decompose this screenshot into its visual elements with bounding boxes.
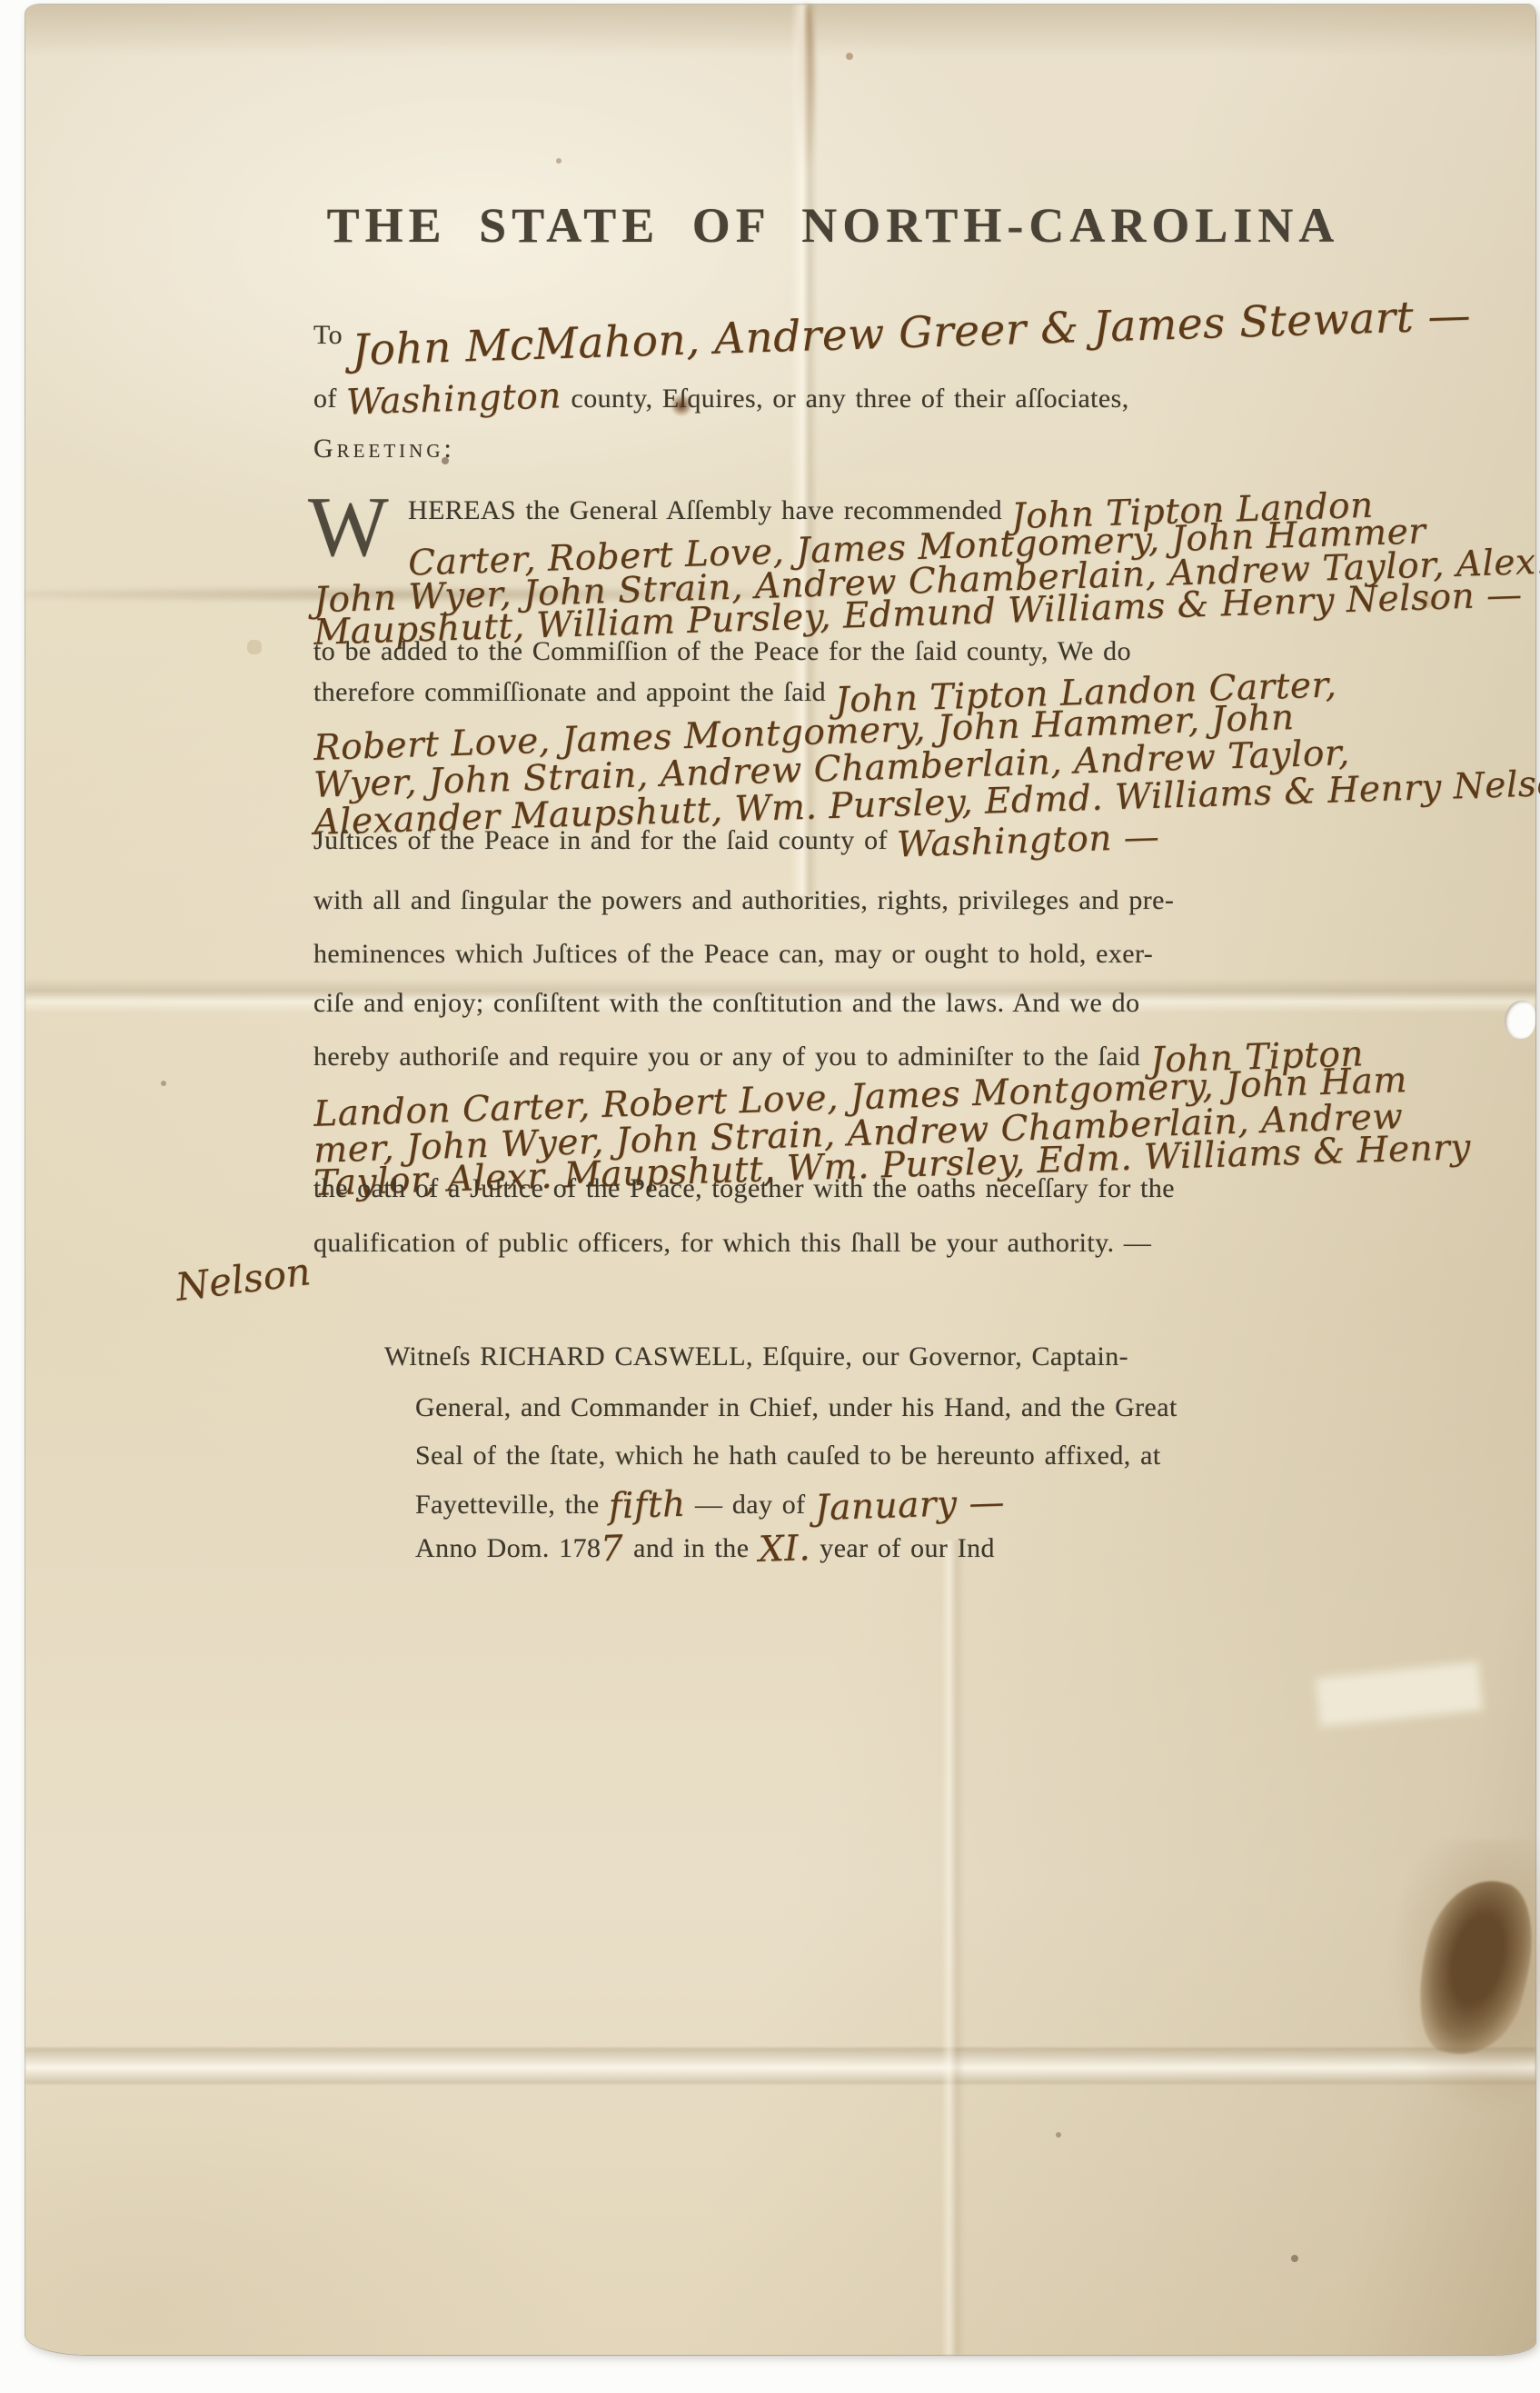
body-line: ciſe and enjoy; conſiſtent with the conſ…: [313, 988, 1349, 1019]
handwritten-text: fifth: [608, 1485, 686, 1527]
printed-text: To: [313, 320, 352, 350]
printed-text: county, Eſquires, or any three of their …: [561, 384, 1128, 414]
handwritten-text: 7: [601, 1529, 625, 1569]
printed-text: — day of: [686, 1490, 815, 1520]
greeting-line: Greeting:: [313, 434, 1349, 464]
printed-text: to be added to the Commiſſion of the Pea…: [313, 636, 1131, 666]
paper-sheet: THE STATE OF NORTH-CAROLINA To John McMa…: [25, 5, 1535, 2355]
witness-line: Seal of the ſtate, which he hath cauſed …: [313, 1441, 1349, 1471]
vertical-fold-crease: [941, 1540, 965, 2355]
fold-stain-top: [800, 5, 814, 168]
printed-text: and in the: [624, 1533, 759, 1563]
body-line: Juſtices of the Peace in and for the ſai…: [313, 822, 1349, 862]
printed-text: Greeting:: [313, 434, 455, 464]
body-line: qualification of public officers, for wh…: [313, 1228, 1349, 1259]
worn-text-smudge: [1316, 1661, 1484, 1728]
printed-text: with all and ſingular the powers and aut…: [313, 885, 1174, 915]
recommended-names-line: Maupshutt, William Pursley, Edmund Willi…: [313, 594, 1349, 634]
stain-halo: [1388, 1840, 1540, 2113]
body-line: with all and ſingular the powers and aut…: [313, 885, 1349, 916]
body-line: heminences which Juſtices of the Peace c…: [313, 939, 1349, 970]
body-line: to be added to the Commiſſion of the Pea…: [313, 636, 1349, 667]
addressee-line: To John McMahon, Andrew Greer & James St…: [313, 310, 1349, 358]
handwritten-text: January —: [814, 1483, 1005, 1529]
handwritten-text: XI.: [758, 1529, 810, 1570]
printed-text: Witneſs RICHARD CASWELL, Eſquire, our Go…: [384, 1341, 1128, 1371]
document-title: THE STATE OF NORTH-CAROLINA: [325, 197, 1341, 254]
appointed-names-line: Alexander Maupshutt, Wm. Pursley, Edmd. …: [313, 783, 1349, 823]
document-body: To John McMahon, Andrew Greer & James St…: [313, 304, 1349, 1569]
printed-text: Juſtices of the Peace in and for the ſai…: [313, 825, 897, 855]
printed-text: hereby authoriſe and require you or any …: [313, 1042, 1150, 1072]
edge-tear: [1505, 1001, 1535, 1039]
printed-text: Seal of the ſtate, which he hath cauſed …: [415, 1441, 1161, 1471]
printed-text: HEREAS the General Aſſembly have recomme…: [408, 495, 1011, 525]
printed-text: of: [313, 384, 346, 414]
printed-text: qualification of public officers, for wh…: [313, 1228, 1151, 1258]
witness-line: Witneſs RICHARD CASWELL, Eſquire, our Go…: [313, 1341, 1349, 1372]
handwritten-text: Washington: [346, 376, 562, 423]
horizontal-fold-crease: [25, 2048, 1535, 2084]
printed-text: year of our Ind: [810, 1533, 995, 1563]
date-line: Fayetteville, the fifth — day of January…: [313, 1486, 1349, 1526]
margin-note-nelson: Nelson: [174, 1249, 313, 1310]
body-line: the oath of a Juſtice of the Peace, toge…: [313, 1173, 1349, 1204]
paper-speckles: [25, 5, 29, 8]
large-brown-stain: [1403, 1869, 1540, 2067]
printed-text: heminences which Juſtices of the Peace c…: [313, 939, 1153, 969]
printed-text: therefore commiſſionate and appoint the …: [313, 677, 835, 707]
date-line: Anno Dom. 1787 and in the XI. year of ou…: [313, 1530, 1349, 1570]
witness-line: General, and Commander in Chief, under h…: [313, 1392, 1349, 1423]
addressee-county-line: of Washington county, Eſquires, or any t…: [313, 380, 1349, 420]
printed-text: Anno Dom. 178: [415, 1533, 601, 1563]
printed-text: Fayetteville, the: [415, 1490, 609, 1520]
handwritten-text: John McMahon, Andrew Greer & James Stewa…: [352, 293, 1472, 375]
printed-text: ciſe and enjoy; conſiſtent with the conſ…: [313, 988, 1139, 1018]
printed-text: the oath of a Juſtice of the Peace, toge…: [313, 1173, 1175, 1203]
scan-background: { "page": { "scanner_background": "#fcfc…: [0, 0, 1540, 2393]
printed-text: General, and Commander in Chief, under h…: [415, 1392, 1177, 1422]
handwritten-text: Washington —: [897, 817, 1161, 865]
